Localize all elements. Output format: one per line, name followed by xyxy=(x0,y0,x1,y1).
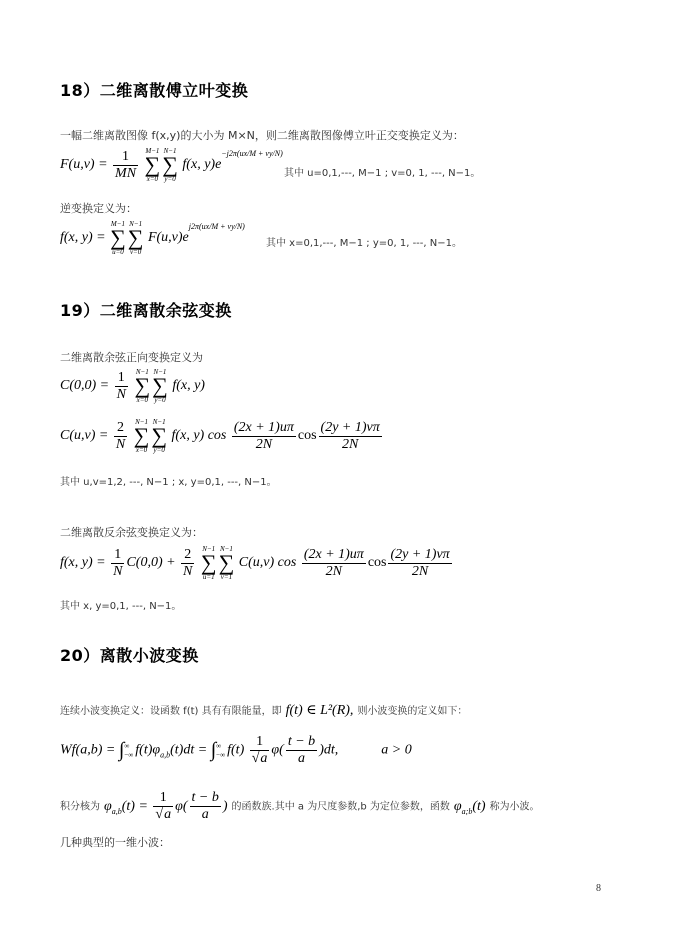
sum-symbol: N−1∑x=0 xyxy=(134,418,150,454)
phi: φ( xyxy=(271,743,283,758)
fraction: 1√a xyxy=(250,734,270,767)
fraction: 1√a xyxy=(153,790,173,823)
wavelet-kernel-line: 积分核为 φa,b(t) = 1√aφ(t − ba) 的函数族.其中 a 为尺… xyxy=(60,790,540,823)
cos-word: cos xyxy=(298,428,317,443)
wavelet-intro: 连续小波变换定义：设函数 f(t) 具有有限能量，即 f(t) ∈ L²(R),… xyxy=(60,701,467,719)
formula-lhs: Wf(a,b) = xyxy=(60,743,115,758)
formula-condition: a > 0 xyxy=(381,743,411,758)
formula-tail: )dt, xyxy=(319,743,338,758)
sum-symbol: N−1∑y=0 xyxy=(152,368,168,404)
fraction: 1N xyxy=(111,547,124,580)
document-page: 18）二维离散傅立叶变换 一幅二维离散图像 f(x,y)的大小为 M×N，则二维… xyxy=(0,0,675,947)
intro-math: f(t) ∈ L²(R), xyxy=(286,703,354,718)
dft-forward-formula: F(u,v) = 1MN M−1∑x=0N−1∑y=0 f(x, y)e−j2π… xyxy=(60,147,283,183)
kernel-text: 积分核为 xyxy=(60,802,100,813)
page-number: 8 xyxy=(596,883,601,894)
typical-wavelets-label: 几种典型的一维小波： xyxy=(60,834,170,850)
section-heading-19: 19）二维离散余弦变换 xyxy=(60,298,232,321)
wavelet-transform-formula: Wf(a,b) = ∫∞−∞f(t)φa,b(t)dt = ∫∞−∞f(t) 1… xyxy=(60,734,412,767)
formula-body: F(u,v)e xyxy=(148,230,189,245)
formula-lhs: C(0,0) = xyxy=(60,378,109,393)
kernel-text: 的函数族.其中 a 为尺度参数,b 为定位参数，函数 xyxy=(232,802,450,813)
formula-body: f(x, y) cos xyxy=(172,428,227,443)
formula-lhs: f(x, y) = xyxy=(60,230,106,245)
sum-symbol: N−1∑u=1 xyxy=(201,545,217,581)
intro-text: 连续小波变换定义：设函数 f(t) 具有有限能量，即 xyxy=(60,706,282,717)
fraction: (2x + 1)uπ2N xyxy=(232,420,296,453)
formula-lhs: C(u,v) = xyxy=(60,428,108,443)
sum-symbol: N−1∑v=0 xyxy=(128,220,144,256)
formula-body: f(x, y) xyxy=(172,378,205,393)
fraction: (2y + 1)vπ2N xyxy=(319,420,382,453)
dct-c00-formula: C(0,0) = 1N N−1∑x=0N−1∑y=0 f(x, y) xyxy=(60,368,205,404)
formula-body: f(t)φ xyxy=(135,743,160,758)
dft-inverse-note: 其中 x=0,1,---, M−1 ; y=0, 1, ---, N−1。 xyxy=(266,234,462,249)
integral-limits: ∞−∞ xyxy=(216,742,225,760)
intro-text: 则小波变换的定义如下： xyxy=(357,706,467,717)
kernel-text: 称为小波。 xyxy=(490,802,540,813)
formula-exponent: −j2π(ux/M + vy/N) xyxy=(221,149,282,158)
section-heading-18: 18）二维离散傅立叶变换 xyxy=(60,78,248,101)
dct-inverse-note: 其中 x, y=0,1, ---, N−1。 xyxy=(60,597,181,612)
sum-symbol: N−1∑x=0 xyxy=(134,368,150,404)
fraction: 1N xyxy=(115,370,128,403)
formula-body: C(u,v) cos xyxy=(239,555,297,570)
formula-term: C(0,0) + xyxy=(126,555,175,570)
inverse-dct-label: 二维离散反余弦变换定义为： xyxy=(60,524,203,540)
dct-cuv-formula: C(u,v) = 2N N−1∑x=0N−1∑y=0 f(x, y) cos (… xyxy=(60,418,384,454)
sum-symbol: M−1∑u=0 xyxy=(110,220,126,256)
fraction: t − ba xyxy=(190,790,221,823)
sum-symbol: N−1∑y=0 xyxy=(162,147,178,183)
fraction: t − ba xyxy=(286,734,317,767)
dct-inverse-formula: f(x, y) = 1NC(0,0) + 2N N−1∑u=1N−1∑v=1 C… xyxy=(60,545,454,581)
cos-word: cos xyxy=(368,555,387,570)
formula-lhs: f(x, y) = xyxy=(60,555,106,570)
sum-symbol: N−1∑y=0 xyxy=(151,418,167,454)
integral-limits: ∞−∞ xyxy=(124,742,133,760)
fraction: 1MN xyxy=(113,149,138,182)
dft-inverse-formula: f(x, y) = M−1∑u=0N−1∑v=0 F(u,v)ej2π(ux/M… xyxy=(60,220,245,256)
section-19-intro: 二维离散余弦正向变换定义为 xyxy=(60,349,203,365)
section-heading-20: 20）离散小波变换 xyxy=(60,643,199,666)
formula-exponent: j2π(ux/M + vy/N) xyxy=(189,222,245,231)
fraction: 2N xyxy=(114,420,127,453)
formula-body: (t)dt = xyxy=(170,743,207,758)
formula-body: f(t) xyxy=(227,743,244,758)
fraction: (2x + 1)uπ2N xyxy=(302,547,366,580)
inverse-dft-label: 逆变换定义为： xyxy=(60,200,137,216)
section-18-intro: 一幅二维离散图像 f(x,y)的大小为 M×N，则二维离散图像傅立叶正交变换定义… xyxy=(60,127,464,143)
sum-symbol: N−1∑v=1 xyxy=(219,545,235,581)
dct-forward-note: 其中 u,v=1,2, ---, N−1 ; x, y=0,1, ---, N−… xyxy=(60,473,277,488)
formula-lhs: F(u,v) = xyxy=(60,157,108,172)
sum-symbol: M−1∑x=0 xyxy=(145,147,161,183)
fraction: 2N xyxy=(181,547,194,580)
formula-body: f(x, y)e xyxy=(182,157,221,172)
dft-forward-note: 其中 u=0,1,---, M−1 ; v=0, 1, ---, N−1。 xyxy=(284,164,480,179)
fraction: (2y + 1)vπ2N xyxy=(388,547,451,580)
